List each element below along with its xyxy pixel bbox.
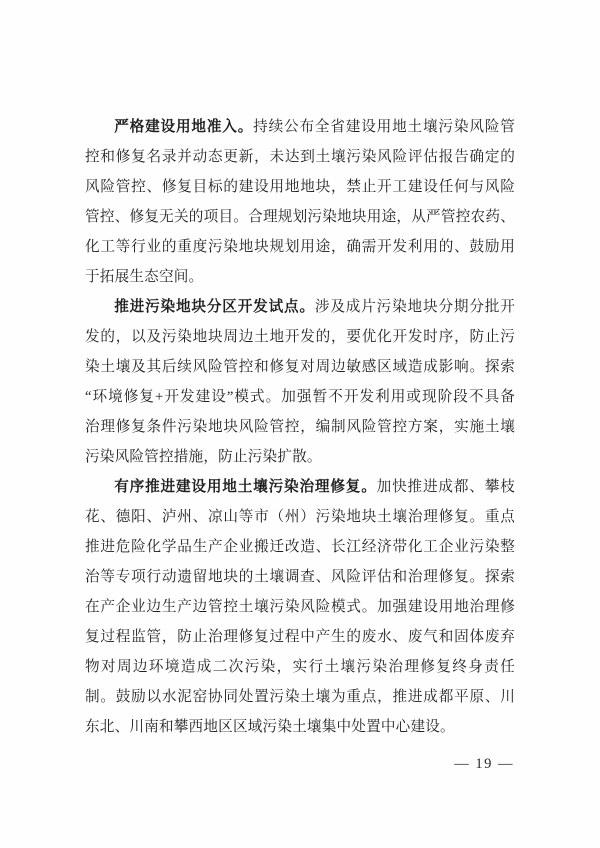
paragraph-heading: 有序推进建设用地土壤污染治理修复。 [114,479,376,495]
paragraph-line: 污染风险管控措施，防止污染扩散。 [85,442,515,472]
paragraph-lead-text: 持续公布全省建设用地土壤污染风险管 [253,119,515,135]
paragraph-line: 控和修复名录并动态更新，未达到土壤污染风险评估报告确定的 [85,142,515,172]
paragraph-line: 治理修复条件污染地块风险管控，编制风险管控方案，实施土壤 [85,412,515,442]
paragraph-line: 管控、修复无关的项目。合理规划污染地块用途，从严管控农药、 [85,202,515,232]
paragraph-heading: 推进污染地块分区开发试点。 [114,299,315,315]
paragraph-line: 染土壤及其后续风险管控和修复对周边敏感区域造成影响。探索 [85,352,515,382]
paragraph-lead-text: 涉及成片污染地块分期分批开 [315,299,515,315]
page-number: — 19 — [454,753,514,775]
paragraph-first-line: 严格建设用地准入。持续公布全省建设用地土壤污染风险管 [85,112,515,142]
paragraph-line: 发的，以及污染地块周边土地开发的，要优化开发时序，防止污 [85,322,515,352]
document-body: 严格建设用地准入。持续公布全省建设用地土壤污染风险管 控和修复名录并动态更新，未… [85,112,515,742]
document-page: 严格建设用地准入。持续公布全省建设用地土壤污染风险管 控和修复名录并动态更新，未… [0,0,600,848]
paragraph-3: 有序推进建设用地土壤污染治理修复。加快推进成都、攀枝 花、德阳、泸州、凉山等市（… [85,472,515,742]
paragraph-heading: 严格建设用地准入。 [114,119,253,135]
paragraph-line: 花、德阳、泸州、凉山等市（州）污染地块土壤治理修复。重点 [85,502,515,532]
paragraph-line: 在产企业边生产边管控土壤污染风险模式。加强建设用地治理修 [85,592,515,622]
paragraph-first-line: 推进污染地块分区开发试点。涉及成片污染地块分期分批开 [85,292,515,322]
paragraph-line: 推进危险化学品生产企业搬迁改造、长江经济带化工企业污染整 [85,532,515,562]
paragraph-line: 于拓展生态空间。 [85,262,515,292]
paragraph-line: 风险管控、修复目标的建设用地地块，禁止开工建设任何与风险 [85,172,515,202]
paragraph-first-line: 有序推进建设用地土壤污染治理修复。加快推进成都、攀枝 [85,472,515,502]
paragraph-1: 严格建设用地准入。持续公布全省建设用地土壤污染风险管 控和修复名录并动态更新，未… [85,112,515,292]
paragraph-lead-text: 加快推进成都、攀枝 [377,479,515,495]
paragraph-2: 推进污染地块分区开发试点。涉及成片污染地块分期分批开 发的，以及污染地块周边土地… [85,292,515,472]
paragraph-line: 物对周边环境造成二次污染，实行土壤污染治理修复终身责任 [85,652,515,682]
paragraph-line: 化工等行业的重度污染地块规划用途，确需开发利用的、鼓励用 [85,232,515,262]
paragraph-line: “环境修复+开发建设”模式。加强暂不开发利用或现阶段不具备 [85,382,515,412]
paragraph-line: 制。鼓励以水泥窑协同处置污染土壤为重点，推进成都平原、川 [85,682,515,712]
paragraph-line: 复过程监管，防止治理修复过程中产生的废水、废气和固体废弃 [85,622,515,652]
paragraph-line: 治等专项行动遗留地块的土壤调查、风险评估和治理修复。探索 [85,562,515,592]
paragraph-line: 东北、川南和攀西地区区域污染土壤集中处置中心建设。 [85,712,515,742]
